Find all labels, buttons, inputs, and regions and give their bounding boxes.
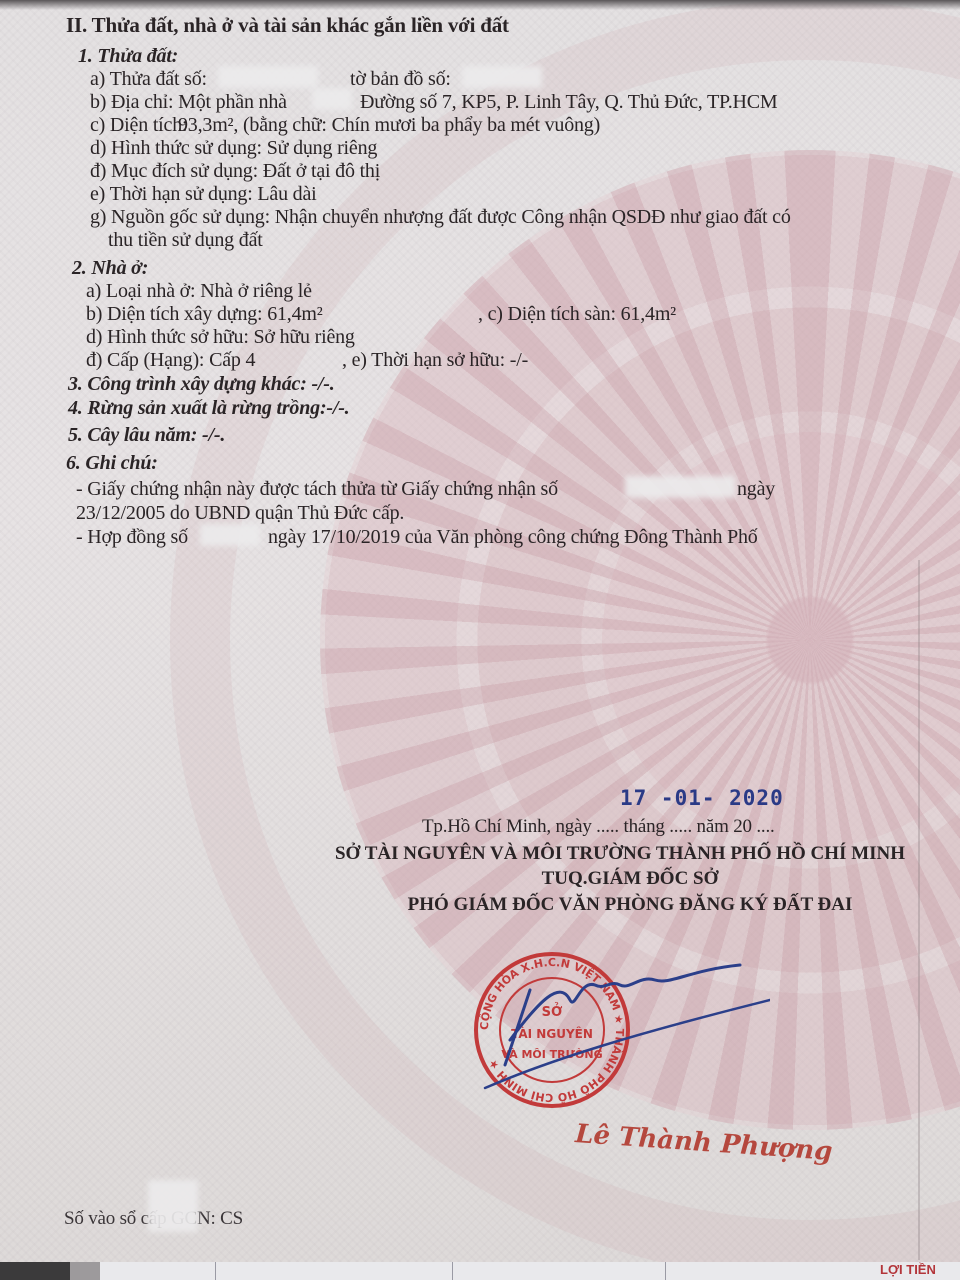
map-sheet-label: tờ bản đồ số:: [350, 68, 451, 90]
underlying-document-strip: [0, 1262, 960, 1280]
handwritten-signature-icon: [470, 940, 770, 1140]
floor-area: , c) Diện tích sàn: 61,4m²: [478, 303, 676, 325]
usage-origin: g) Nguồn gốc sử dụng: Nhận chuyển nhượng…: [90, 206, 791, 228]
usage-form: d) Hình thức sử dụng: Sử dụng riêng: [90, 137, 377, 159]
perennial-trees: 5. Cây lâu năm: -/-.: [68, 424, 225, 446]
usage-purpose: đ) Mục đích sử dụng: Đất ở tại đô thị: [90, 160, 380, 182]
build-area: b) Diện tích xây dựng: 61,4m²: [86, 303, 323, 325]
parcel-number-label: a) Thửa đất số:: [90, 68, 207, 90]
redacted-parcel-number: [218, 66, 318, 88]
place-date: Tp.Hồ Chí Minh, ngày ..... tháng ..... n…: [422, 816, 775, 838]
redacted-register-number: [148, 1180, 198, 1232]
ownership-form: d) Hình thức sở hữu: Sở hữu riêng: [86, 326, 355, 348]
note-1-date-label: ngày: [737, 478, 775, 500]
house-type: a) Loại nhà ở: Nhà ở riêng lẻ: [86, 280, 312, 302]
underlying-document-label: LỢI TIỀN: [880, 1262, 936, 1277]
address-label: b) Địa chỉ: Một phần nhà: [90, 91, 287, 113]
redacted-map-sheet: [462, 66, 542, 88]
top-shadow: [0, 0, 960, 10]
redacted-contract-number: [200, 524, 260, 546]
note-2-label: - Hợp đồng số: [76, 526, 188, 548]
redacted-house-number: [312, 88, 352, 110]
area-value: 93,3m², (bằng chữ: Chín mươi ba phẩy ba …: [178, 114, 600, 136]
usage-term: e) Thời hạn sử dụng: Lâu dài: [90, 183, 317, 205]
section-title: II. Thửa đất, nhà ở và tài sản khác gắn …: [66, 14, 509, 36]
note-2-value: ngày 17/10/2019 của Văn phòng công chứng…: [268, 526, 758, 548]
authority-line: TUQ.GIÁM ĐỐC SỞ: [300, 868, 960, 890]
address-value: Đường số 7, KP5, P. Linh Tây, Q. Thủ Đức…: [360, 91, 778, 113]
other-works: 3. Công trình xây dựng khác: -/-.: [68, 373, 335, 395]
area-label: c) Diện tích:: [90, 114, 187, 136]
redacted-certificate-number: [625, 476, 735, 498]
note-1-cont: 23/12/2005 do UBND quận Thủ Đức cấp.: [76, 502, 404, 524]
house-heading: 2. Nhà ở:: [72, 257, 148, 279]
certificate-page: II. Thửa đất, nhà ở và tài sản khác gắn …: [0, 0, 960, 1262]
stamped-date: 17 -01- 2020: [620, 786, 784, 810]
usage-origin-cont: thu tiền sử dụng đất: [108, 229, 263, 251]
house-grade: đ) Cấp (Hạng): Cấp 4: [86, 349, 255, 371]
signer-title: PHÓ GIÁM ĐỐC VĂN PHÒNG ĐĂNG KÝ ĐẤT ĐAI: [300, 894, 960, 916]
land-heading: 1. Thửa đất:: [78, 45, 178, 67]
agency-name: SỞ TÀI NGUYÊN VÀ MÔI TRƯỜNG THÀNH PHỐ HỒ…: [290, 843, 950, 865]
ownership-term: , e) Thời hạn sở hữu: -/-: [342, 349, 528, 371]
production-forest: 4. Rừng sản xuất là rừng trồng:-/-.: [68, 397, 349, 419]
notes-heading: 6. Ghi chú:: [66, 452, 158, 474]
note-1: - Giấy chứng nhận này được tách thửa từ …: [76, 478, 558, 500]
